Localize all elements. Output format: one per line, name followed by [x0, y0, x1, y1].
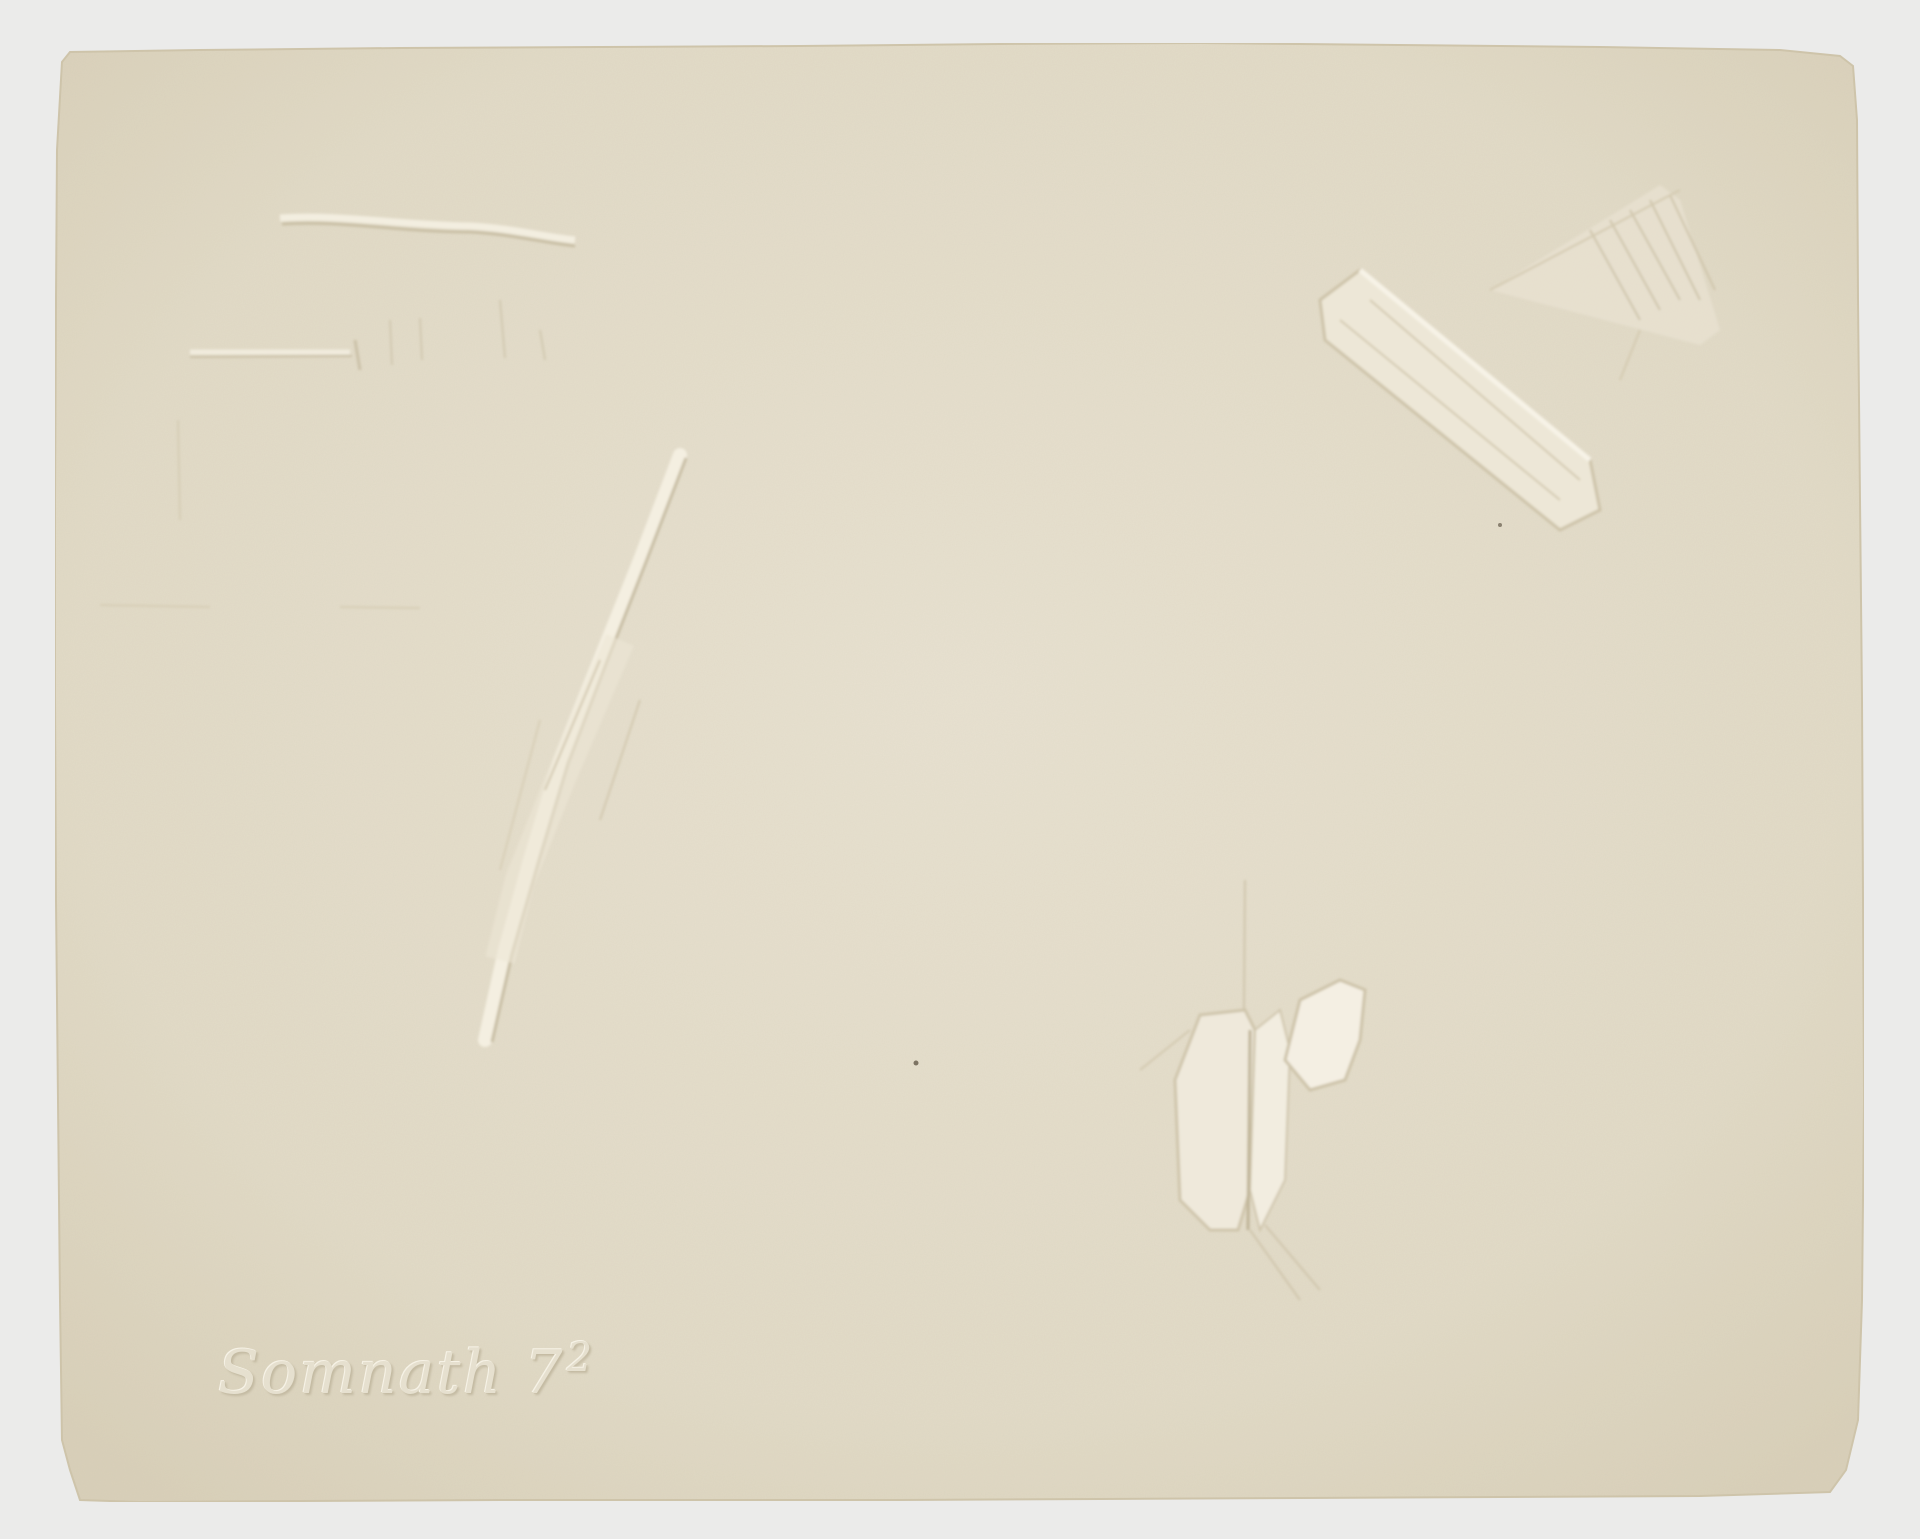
artist-signature: Somnath 72	[218, 1335, 594, 1408]
speck	[1498, 523, 1502, 527]
artwork-stage: Somnath 72	[0, 0, 1920, 1539]
signature-year: 72	[524, 1338, 594, 1408]
speck	[914, 1061, 919, 1066]
signature-name: Somnath	[218, 1338, 503, 1408]
handmade-paper-relief	[0, 0, 1920, 1539]
